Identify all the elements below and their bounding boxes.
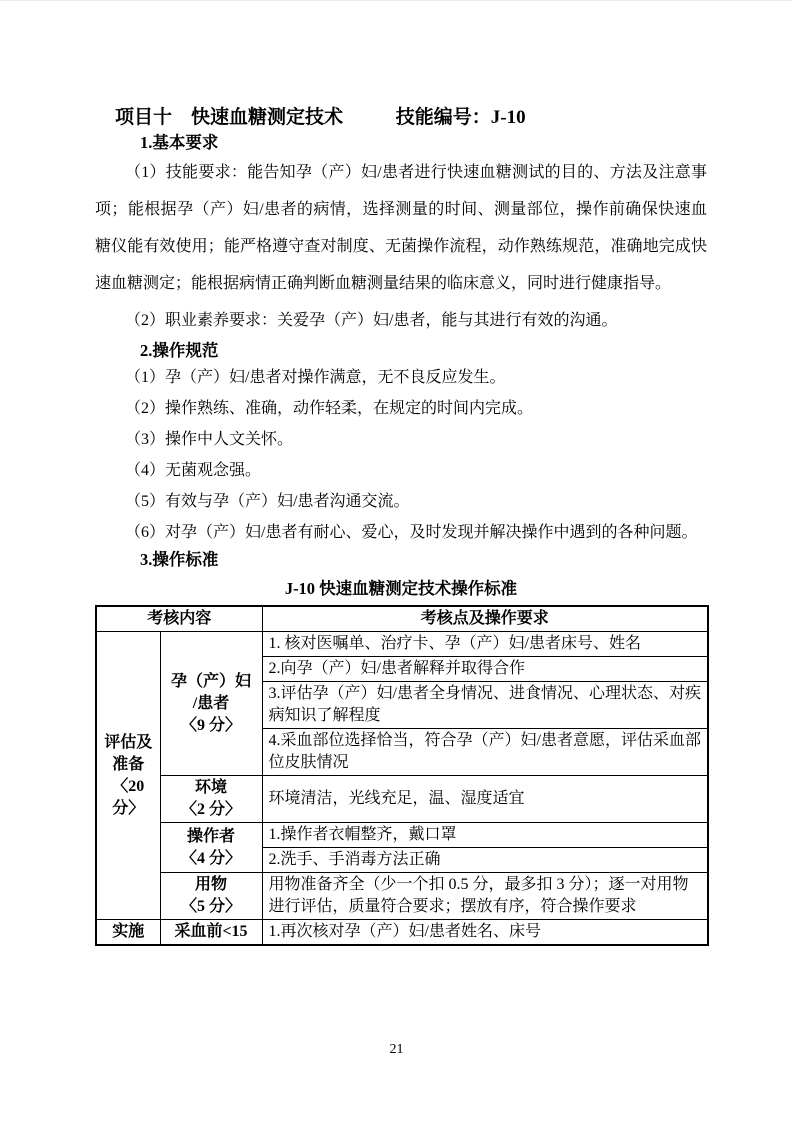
table-row: 操作者 〈4 分〉 1.操作者衣帽整齐，戴口罩 [96,823,708,848]
page-number: 21 [0,1041,793,1059]
point-blood-site: 4.采血部位选择恰当，符合孕（产）妇/患者意愿，评估采血部位皮肤情况 [262,729,708,776]
point-explain: 2.向孕（产）妇/患者解释并取得合作 [262,657,708,682]
group-label-assessment-preparation: 评估及 准备 〈20 分〉 [96,632,160,920]
group-label-environment: 环境 〈2 分〉 [160,776,262,823]
column-header-points: 考核点及操作要求 [262,606,708,632]
point-recheck: 1.再次核对孕（产）妇/患者姓名、床号 [262,920,708,946]
project-title: 项目十 快速血糖测定技术 [115,107,343,128]
section-heading-basic-requirements: 1.基本要求 [140,131,707,154]
point-evaluate: 3.评估孕（产）妇/患者全身情况、进食情况、心理状态、对疾病知识了解程度 [262,682,708,729]
point-uniform: 1.操作者衣帽整齐，戴口罩 [262,823,708,848]
spec-item-5: （5）有效与孕（产）妇/患者沟通交流。 [95,486,707,517]
table-row: 环境 〈2 分〉 环境清洁，光线充足，温、湿度适宜 [96,776,708,823]
spec-item-2: （2）操作熟练、准确，动作轻柔，在规定的时间内完成。 [95,393,707,424]
page-title: 项目十 快速血糖测定技术 技能编号：J-10 [115,105,707,131]
point-supplies: 用物准备齐全（少一个扣 0.5 分，最多扣 3 分）；逐一对用物进行评估，质量符… [262,873,708,920]
paragraph-professional-quality: （2）职业素养要求：关爱孕（产）妇/患者，能与其进行有效的沟通。 [95,302,707,339]
table-row: 用物 〈5 分〉 用物准备齐全（少一个扣 0.5 分，最多扣 3 分）；逐一对用… [96,873,708,920]
skill-code: 技能编号：J-10 [396,107,526,128]
spec-item-6: （6）对孕（产）妇/患者有耐心、爱心，及时发现并解决操作中遇到的各种问题。 [95,517,707,548]
section-heading-operation-spec: 2.操作规范 [140,339,707,362]
paragraph-skill-requirements: （1）技能要求：能告知孕（产）妇/患者进行快速血糖测试的目的、方法及注意事项；能… [95,154,707,302]
spec-item-3: （3）操作中人文关怀。 [95,424,707,455]
table-row: 实施 采血前<15 1.再次核对孕（产）妇/患者姓名、床号 [96,920,708,946]
point-handwash: 2.洗手、手消毒方法正确 [262,848,708,873]
point-check-order: 1. 核对医嘱单、治疗卡、孕（产）妇/患者床号、姓名 [262,632,708,657]
column-header-content: 考核内容 [96,606,262,632]
point-environment: 环境清洁，光线充足，温、湿度适宜 [262,776,708,823]
standards-table: 考核内容 考核点及操作要求 评估及 准备 〈20 分〉 孕（产）妇 /患者 〈9… [95,605,709,946]
table-header-row: 考核内容 考核点及操作要求 [96,606,708,632]
group-label-pre-blood-draw: 采血前<15 [160,920,262,946]
group-label-implementation: 实施 [96,920,160,946]
spec-item-4: （4）无菌观念强。 [95,455,707,486]
section-heading-operation-standard: 3.操作标准 [140,548,707,571]
document-page: 项目十 快速血糖测定技术 技能编号：J-10 1.基本要求 （1）技能要求：能告… [0,0,793,1122]
group-label-operator: 操作者 〈4 分〉 [160,823,262,873]
table-row: 评估及 准备 〈20 分〉 孕（产）妇 /患者 〈9 分〉 1. 核对医嘱单、治… [96,632,708,657]
group-label-patient: 孕（产）妇 /患者 〈9 分〉 [160,632,262,776]
spec-item-1: （1）孕（产）妇/患者对操作满意，无不良反应发生。 [95,362,707,393]
group-label-supplies: 用物 〈5 分〉 [160,873,262,920]
table-caption: J-10 快速血糖测定技术操作标准 [95,577,707,600]
